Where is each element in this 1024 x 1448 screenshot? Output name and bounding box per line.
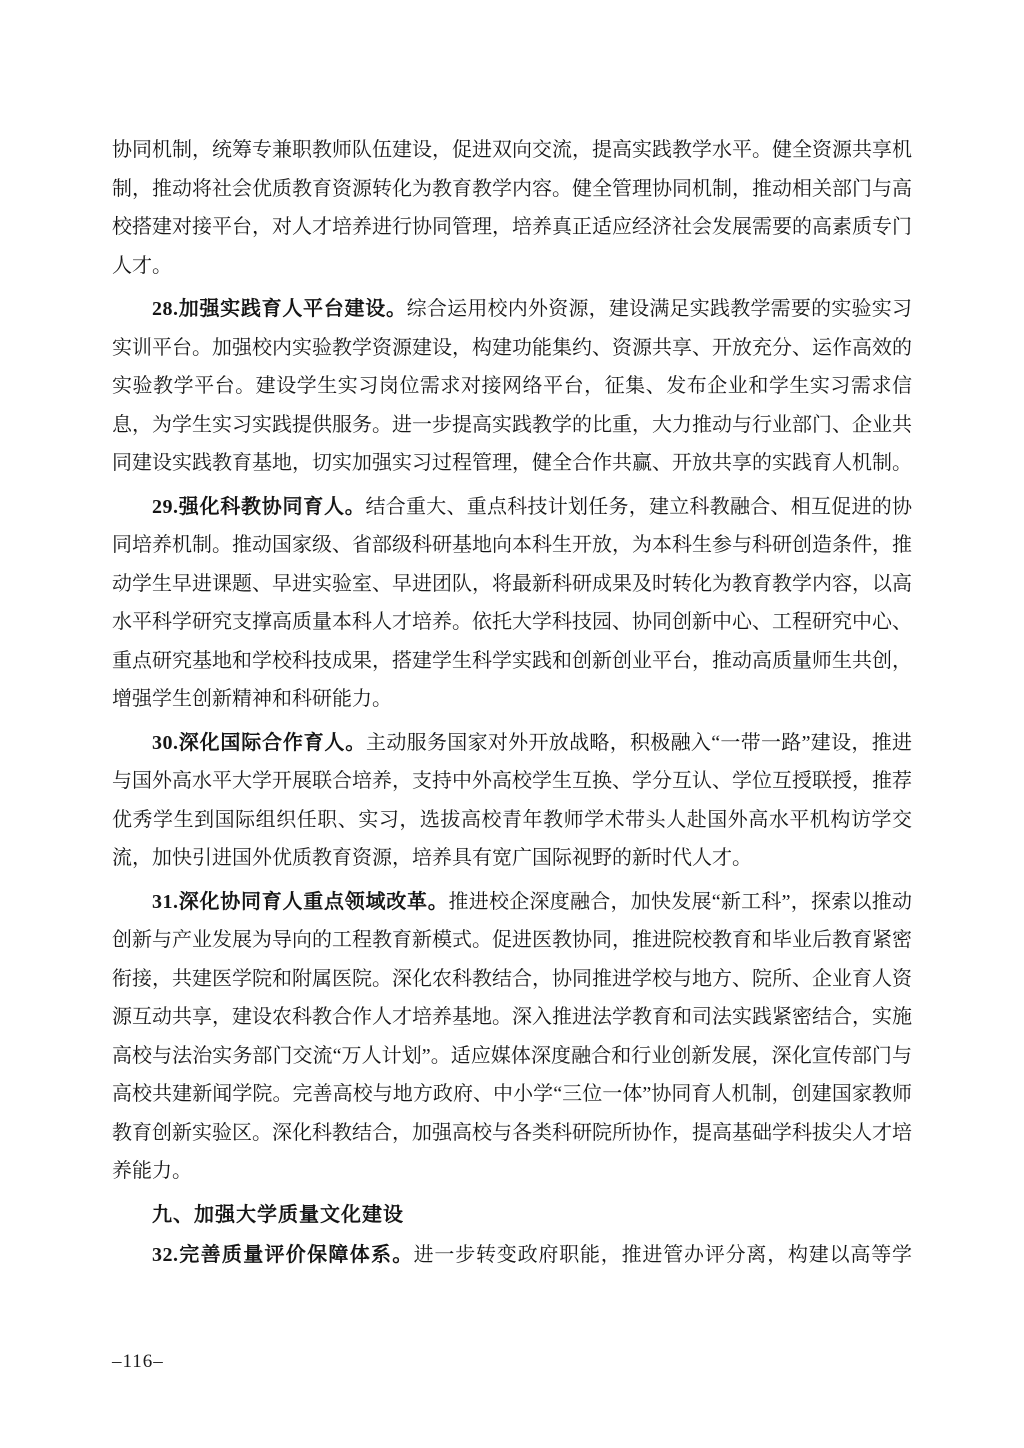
paragraph-text: 推进校企深度融合，加快发展“新工科”，探索以推动创新与产业发展为导向的工程教育新… [112, 891, 912, 1183]
paragraph-text: 进一步转变政府职能，推进管办评分离，构建以高等学 [414, 1244, 912, 1266]
paragraph-32: 32.完善质量评价保障体系。进一步转变政府职能，推进管办评分离，构建以高等学 [112, 1236, 912, 1275]
section-heading-9: 九、加强大学质量文化建设 [112, 1196, 912, 1235]
paragraph-text: 协同机制，统筹专兼职教师队伍建设，促进双向交流，提高实践教学水平。健全资源共享机… [112, 139, 912, 277]
paragraph-lead: 32.完善质量评价保障体系。 [152, 1244, 414, 1266]
paragraph-lead: 29.强化科教协同育人。 [152, 496, 366, 518]
paragraph-text: 综合运用校内外资源，建设满足实践教学需要的实验实习实训平台。加强校内实验教学资源… [112, 298, 912, 474]
paragraph-28: 28.加强实践育人平台建设。综合运用校内外资源，建设满足实践教学需要的实验实习实… [112, 290, 912, 483]
document-page: 协同机制，统筹专兼职教师队伍建设，促进双向交流，提高实践教学水平。健全资源共享机… [0, 0, 1024, 1448]
paragraph-lead: 31.深化协同育人重点领域改革。 [152, 891, 449, 913]
page-number: –116– [112, 1350, 164, 1374]
paragraph-29: 29.强化科教协同育人。结合重大、重点科技计划任务，建立科教融合、相互促进的协同… [112, 488, 912, 719]
paragraph-31: 31.深化协同育人重点领域改革。推进校企深度融合，加快发展“新工科”，探索以推动… [112, 883, 912, 1191]
paragraph-text: 结合重大、重点科技计划任务，建立科教融合、相互促进的协同培养机制。推动国家级、省… [112, 496, 912, 711]
paragraph-lead: 28.加强实践育人平台建设。 [152, 298, 407, 320]
paragraph-27-continuation: 协同机制，统筹专兼职教师队伍建设，促进双向交流，提高实践教学水平。健全资源共享机… [112, 131, 912, 285]
paragraph-lead: 30.深化国际合作育人。 [152, 732, 366, 754]
paragraph-30: 30.深化国际合作育人。主动服务国家对外开放战略，积极融入“一带一路”建设，推进… [112, 724, 912, 878]
document-body: 协同机制，统筹专兼职教师队伍建设，促进双向交流，提高实践教学水平。健全资源共享机… [112, 131, 912, 1280]
